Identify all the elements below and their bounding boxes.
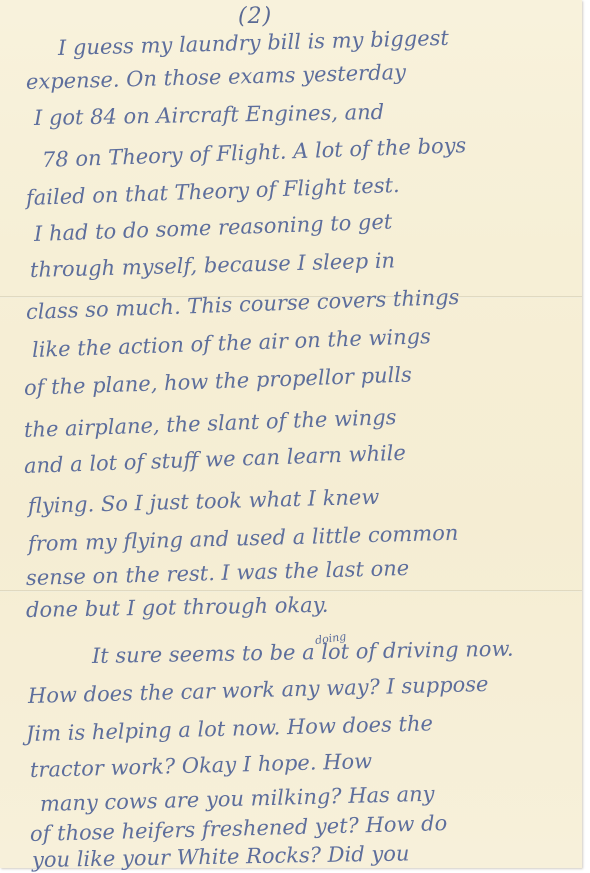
letter-line: flying. So I just took what I knew — [28, 485, 380, 518]
letter-line: failed on that Theory of Flight test. — [26, 173, 400, 210]
letter-line: done but I got through okay. — [26, 593, 329, 622]
letter-line: 78 on Theory of Flight. A lot of the boy… — [42, 133, 467, 172]
letter-line: the airplane, the slant of the wings — [24, 405, 397, 442]
letter-line: of those heifers freshened yet? How do — [30, 811, 448, 846]
letter-line: of the plane, how the propellor pulls — [24, 362, 413, 400]
paper-fold-line — [0, 590, 582, 592]
letter-line: tractor work? Okay I hope. How — [30, 749, 373, 782]
letter-line: How does the car work any way? I suppose — [28, 672, 489, 708]
letter-line: and a lot of stuff we can learn while — [24, 441, 407, 478]
letter-line: I had to do some reasoning to get — [34, 209, 393, 245]
letter-line: you like your White Rocks? Did you — [32, 841, 410, 872]
letter-line: class so much. This course covers things — [26, 285, 460, 324]
letter-line: many cows are you milking? Has any — [40, 782, 435, 816]
letter-line: like the action of the air on the wings — [32, 324, 432, 362]
letter-line: expense. On those exams yesterday — [26, 60, 407, 94]
letter-line: from my flying and used a little common — [28, 521, 459, 556]
letter-line: It sure seems to be a lot of driving now… — [92, 637, 514, 668]
letter-line: I got 84 on Aircraft Engines, and — [34, 100, 384, 130]
page-number: (2) — [238, 4, 272, 29]
letter-line: through myself, because I sleep in — [30, 248, 396, 282]
letter-line: sense on the rest. I was the last one — [26, 556, 410, 590]
letter-line: I guess my laundry bill is my biggest — [58, 26, 449, 60]
letter-page: (2) I guess my laundry bill is my bigges… — [0, 0, 582, 868]
letter-line: Jim is helping a lot now. How does the — [26, 711, 433, 746]
